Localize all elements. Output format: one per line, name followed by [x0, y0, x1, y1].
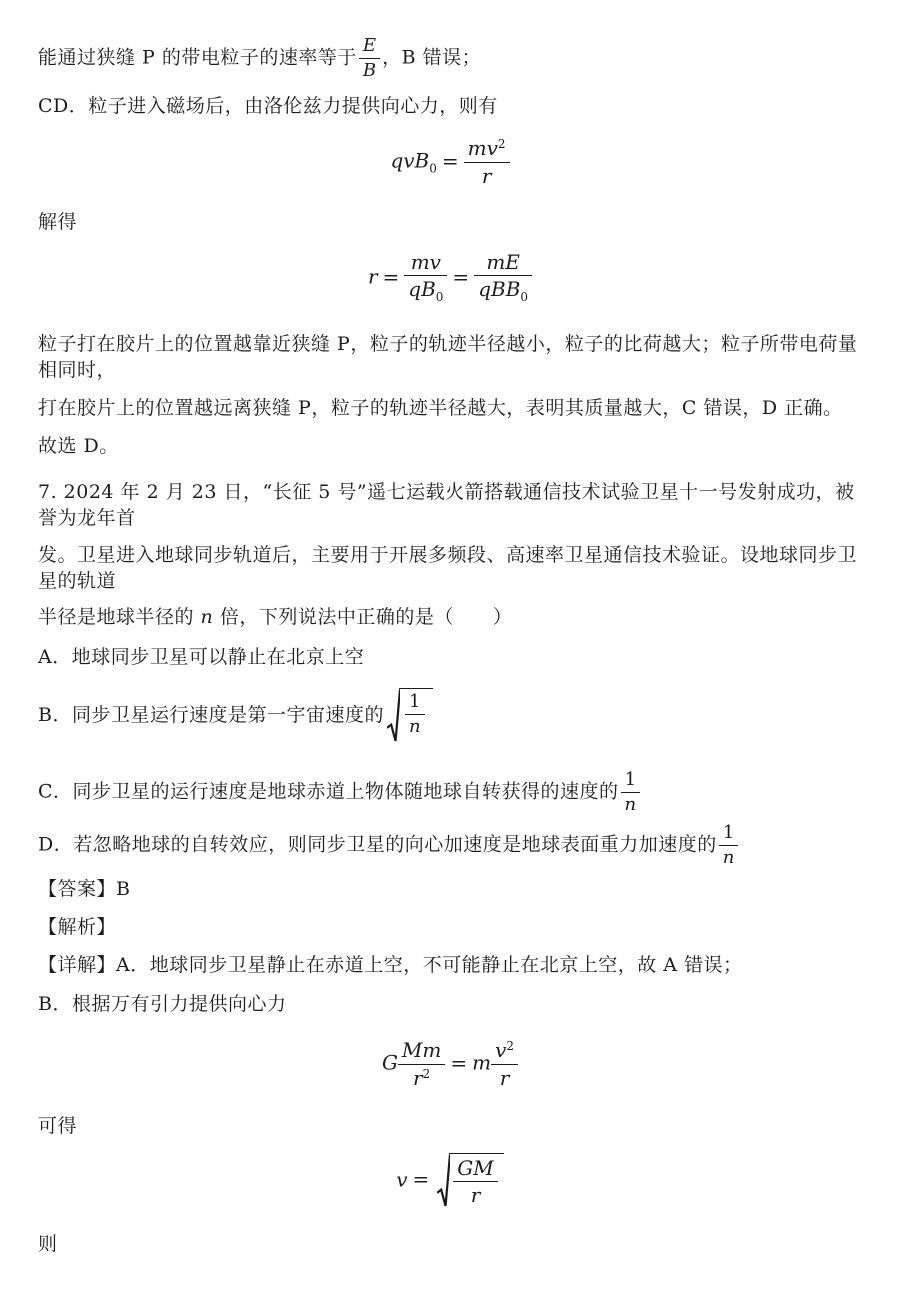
math-subscript: 0 — [429, 162, 437, 176]
fraction-numerator: 1 — [405, 692, 425, 715]
option-a: A．地球同步卫星可以静止在北京上空 — [38, 644, 862, 670]
text-run: 半径是地球半径的 — [38, 606, 201, 628]
sqrt-expression: GMr — [437, 1153, 503, 1209]
math-subscript: 0 — [520, 290, 528, 304]
fraction-Mm-over-r2: Mmr2 — [398, 1039, 445, 1089]
text-run: CD．粒子进入磁场后，由洛伦兹力提供向心力，则有 — [38, 95, 498, 117]
detail-a: 【详解】A．地球同步卫星静止在赤道上空，不可能静止在北京上空，故 A 错误； — [38, 952, 862, 978]
para-kede: 可得 — [38, 1113, 862, 1139]
text-run: 7. 2024 年 2 月 23 日，“长征 5 号”遥七运载火箭搭载通信技术试… — [38, 481, 855, 529]
para-ze: 则 — [38, 1231, 862, 1257]
para-analysis-1: 粒子打在胶片上的位置越靠近狭缝 P，粒子的轨迹半径越小，粒子的比荷越大；粒子所带… — [38, 331, 862, 383]
text-run: 能通过狭缝 P 的带电粒子的速率等于 — [38, 47, 357, 69]
fraction-mE-over-qBB0: mEqBB0 — [474, 251, 532, 305]
inline-fraction-1-over-n: 1n — [405, 692, 425, 737]
fraction-numerator: 1 — [719, 823, 739, 846]
fraction-denominator: r — [464, 163, 510, 187]
math-var: G — [382, 1051, 398, 1075]
text-run: 【解析】 — [38, 916, 116, 938]
inline-fraction-1-over-n: 1n — [719, 823, 739, 868]
text-run: 打在胶片上的位置越远离狭缝 P，粒子的轨迹半径越大，表明其质量越大，C 错误，D… — [38, 397, 843, 419]
text-run: 故选 D。 — [38, 435, 119, 457]
answer-label: 【答案】B — [38, 876, 862, 902]
question7-line3: 半径是地球半径的 n 倍，下列说法中正确的是（ ） — [38, 604, 862, 630]
para-jiede: 解得 — [38, 209, 862, 235]
fraction-denominator: r — [453, 1182, 497, 1206]
para-analysis-2: 打在胶片上的位置越远离狭缝 P，粒子的轨迹半径越大，表明其质量越大，C 错误，D… — [38, 395, 862, 421]
equals-sign: = — [445, 1051, 472, 1075]
math-subscript: 0 — [436, 290, 444, 304]
text-run: 发。卫星进入地球同步轨道后，主要用于开展多频段、高速率卫星通信技术验证。设地球同… — [38, 544, 857, 592]
fraction-denominator: n — [405, 715, 425, 737]
fraction-v2-over-r: v2r — [491, 1039, 518, 1089]
equals-sign: = — [408, 1167, 435, 1191]
detail-b: B．根据万有引力提供向心力 — [38, 991, 862, 1017]
math-var: r — [368, 265, 378, 289]
equals-sign: = — [447, 265, 474, 289]
sqrt-expression: 1n — [387, 688, 433, 744]
math-superscript: 2 — [506, 1039, 514, 1053]
fraction-denominator: B — [359, 59, 380, 81]
text-run: 粒子打在胶片上的位置越靠近狭缝 P，粒子的轨迹半径越小，粒子的比荷越大；粒子所带… — [38, 333, 857, 381]
text-run: 解得 — [38, 211, 77, 233]
text-run: 【详解】A．地球同步卫星静止在赤道上空，不可能静止在北京上空，故 A 错误； — [38, 954, 743, 976]
fraction-denominator: qBB0 — [474, 276, 532, 304]
equals-sign: = — [378, 265, 405, 289]
text-run: ，B 错误； — [382, 47, 481, 69]
formula-radius-result: r=mvqB0=mEqBB0 — [38, 251, 862, 305]
text-run: A．地球同步卫星可以静止在北京上空 — [38, 646, 364, 668]
text-run: C．同步卫星的运行速度是地球赤道上物体随地球自转获得的速度的 — [38, 780, 619, 802]
formula-gravity-centripetal: GMmr2=mv2r — [38, 1039, 862, 1089]
fraction-numerator: mv — [404, 251, 447, 276]
option-b: B．同步卫星运行速度是第一宇宙速度的1n — [38, 688, 862, 744]
math-var: v — [396, 1167, 407, 1191]
math-var: m — [472, 1051, 491, 1075]
fraction-denominator: r2 — [398, 1065, 445, 1089]
formula-orbital-velocity: v=GMr — [38, 1153, 862, 1209]
inline-fraction-E-over-B: EB — [359, 36, 380, 81]
fraction-numerator: E — [359, 36, 380, 59]
inline-fraction-1-over-n: 1n — [621, 770, 641, 815]
math-var: qvB — [390, 149, 429, 173]
para-cd-intro: CD．粒子进入磁场后，由洛伦兹力提供向心力，则有 — [38, 93, 862, 119]
document-page: 能通过狭缝 P 的带电粒子的速率等于EB，B 错误； CD．粒子进入磁场后，由洛… — [0, 0, 900, 1313]
option-d: D．若忽略地球的自转效应，则同步卫星的向心加速度是地球表面重力加速度的1n — [38, 823, 862, 868]
text-run: B．同步卫星运行速度是第一宇宙速度的 — [38, 704, 384, 726]
fraction-numerator: mv2 — [464, 137, 510, 162]
text-run: 可得 — [38, 1115, 77, 1137]
question7-line2: 发。卫星进入地球同步轨道后，主要用于开展多频段、高速率卫星通信技术验证。设地球同… — [38, 542, 862, 594]
question7-line1: 7. 2024 年 2 月 23 日，“长征 5 号”遥七运载火箭搭载通信技术试… — [38, 479, 862, 531]
text-run: 【答案】B — [38, 878, 130, 900]
fraction-numerator: Mm — [398, 1039, 445, 1064]
fraction-numerator: mE — [474, 251, 532, 276]
fraction-denominator: n — [621, 793, 641, 815]
fraction-denominator: n — [719, 846, 739, 868]
fraction-numerator: 1 — [621, 770, 641, 793]
sqrt-radicand: GMr — [449, 1153, 503, 1209]
text-run: 则 — [38, 1233, 58, 1255]
fraction-GM-over-r: GMr — [453, 1157, 497, 1207]
sqrt-radicand: 1n — [399, 688, 433, 744]
text-run: D．若忽略地球的自转效应，则同步卫星的向心加速度是地球表面重力加速度的 — [38, 834, 717, 856]
math-superscript: 2 — [498, 137, 506, 151]
equals-sign: = — [437, 149, 464, 173]
para-option-b-conclusion: 能通过狭缝 P 的带电粒子的速率等于EB，B 错误； — [38, 36, 862, 81]
option-c: C．同步卫星的运行速度是地球赤道上物体随地球自转获得的速度的1n — [38, 770, 862, 815]
analysis-label: 【解析】 — [38, 914, 862, 940]
text-run: B．根据万有引力提供向心力 — [38, 993, 286, 1015]
text-run: 倍，下列说法中正确的是（ ） — [213, 606, 512, 628]
math-var-n: n — [201, 606, 214, 628]
fraction-numerator: GM — [453, 1157, 497, 1182]
math-superscript: 2 — [423, 1067, 431, 1081]
fraction-denominator: r — [491, 1065, 518, 1089]
formula-lorentz-centripetal: qvB0=mv2r — [38, 137, 862, 187]
fraction-mv2-over-r: mv2r — [464, 137, 510, 187]
fraction-mv-over-qB0: mvqB0 — [404, 251, 447, 305]
fraction-denominator: qB0 — [404, 276, 447, 304]
fraction-numerator: v2 — [491, 1039, 518, 1064]
para-answer-choice-d: 故选 D。 — [38, 433, 862, 459]
